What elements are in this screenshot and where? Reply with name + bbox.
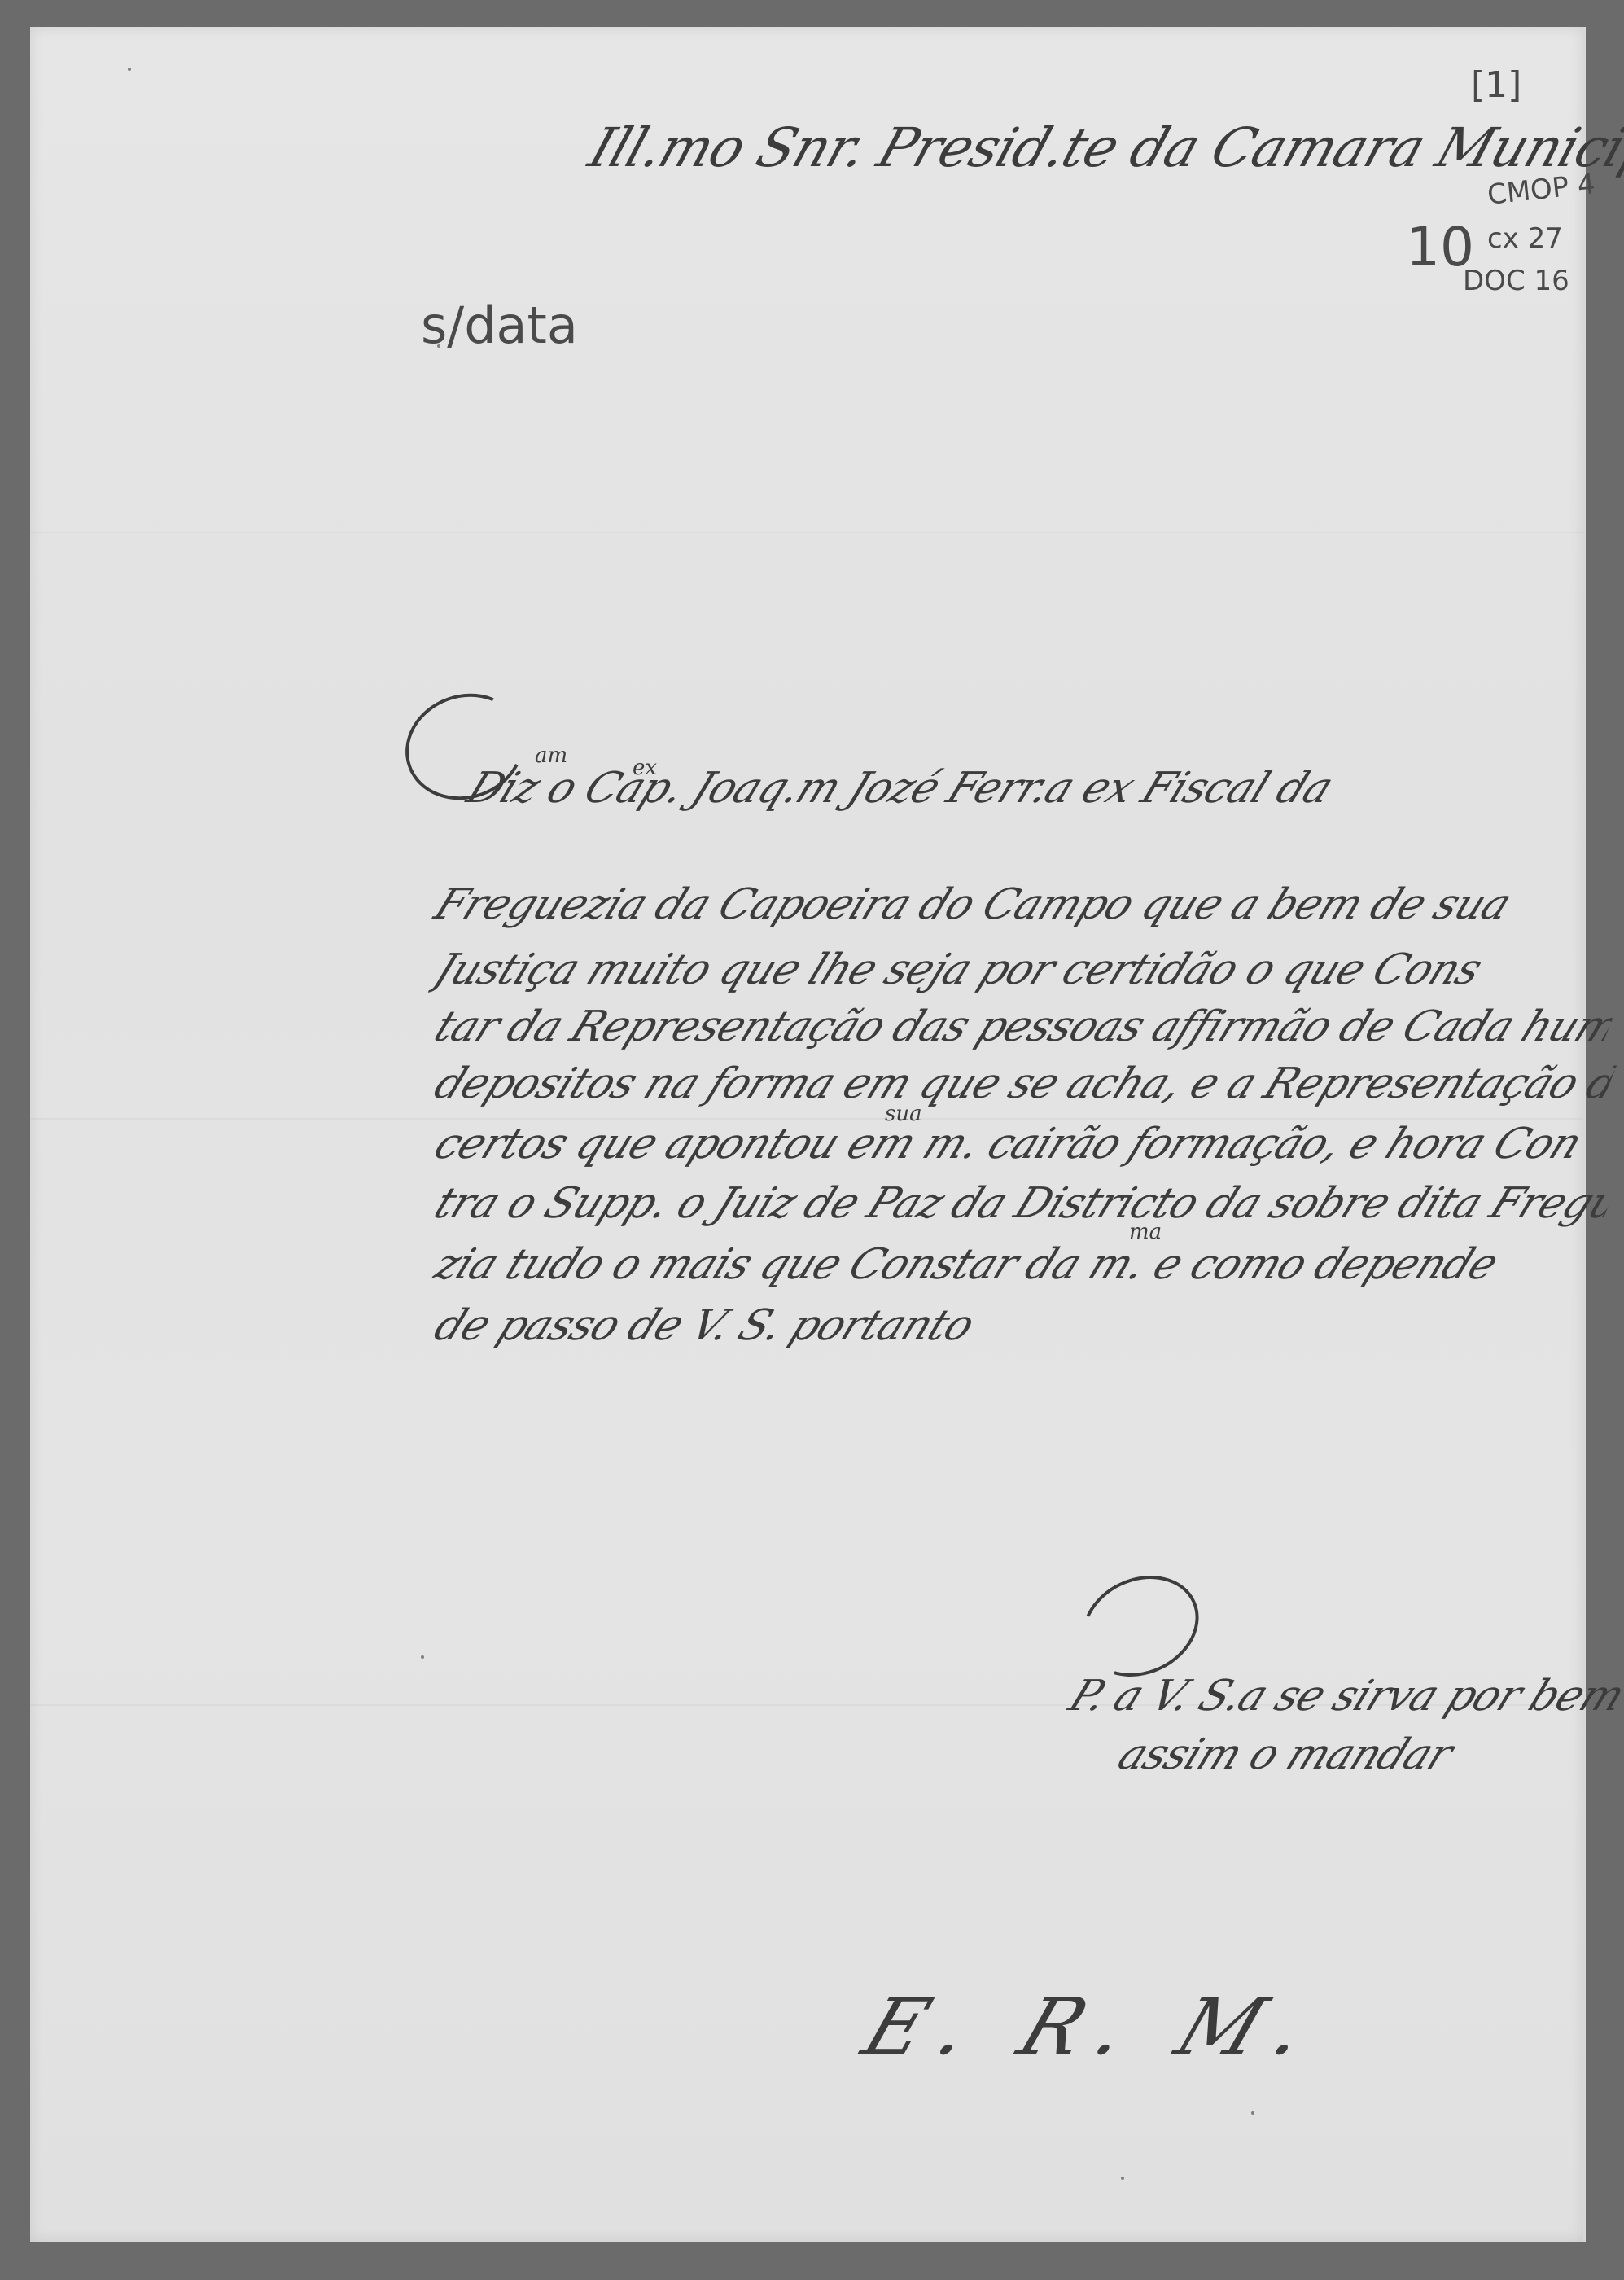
closing-line: P. a V. S.a se sirva por bem bbox=[1062, 1672, 1624, 1721]
abbreviation-footer: E. R. M. bbox=[852, 1981, 1336, 2072]
closing-line: assim o mandar bbox=[1111, 1730, 1460, 1779]
interlinear-note: sua bbox=[885, 1102, 922, 1126]
body-line: tra o Supp. o Juiz de Paz da Districto d… bbox=[427, 1179, 1619, 1228]
paper-speck bbox=[421, 1655, 424, 1659]
body-line: de passo de V. S. portanto bbox=[427, 1301, 1619, 1350]
paper-speck bbox=[1251, 2111, 1254, 2115]
archive-box: cx 27 bbox=[1487, 222, 1563, 255]
body-line: depositos na forma em que se acha, e a R… bbox=[427, 1059, 1619, 1108]
archive-doc-number: DOC 16 bbox=[1463, 265, 1569, 297]
interlinear-note: ma bbox=[1129, 1220, 1162, 1244]
undated-note: s/data bbox=[421, 296, 578, 355]
archive-bracket-number: [1] bbox=[1471, 68, 1521, 103]
interlinear-note: am bbox=[535, 743, 567, 768]
interlinear-note: ex bbox=[633, 756, 657, 780]
manuscript-page: Ill.mo Snr. Presid.te da Camara Municipa… bbox=[30, 27, 1586, 2242]
body-line: tar da Representação das pessoas affirmã… bbox=[427, 1002, 1619, 1051]
paper-speck bbox=[1121, 2177, 1124, 2180]
paper-speck bbox=[128, 68, 131, 71]
paper-crease bbox=[30, 532, 1583, 533]
addressee-heading: Ill.mo Snr. Presid.te da Camara Municipa… bbox=[581, 116, 1624, 179]
body-line: Justiça muito que lhe seja por certidão … bbox=[427, 945, 1619, 994]
body-line: zia tudo o mais que Constar da m. e como… bbox=[427, 1240, 1619, 1289]
body-line: certos que apontou em m. cairão formação… bbox=[427, 1120, 1619, 1168]
body-line: Freguezia da Capoeira do Campo que a bem… bbox=[427, 880, 1619, 929]
